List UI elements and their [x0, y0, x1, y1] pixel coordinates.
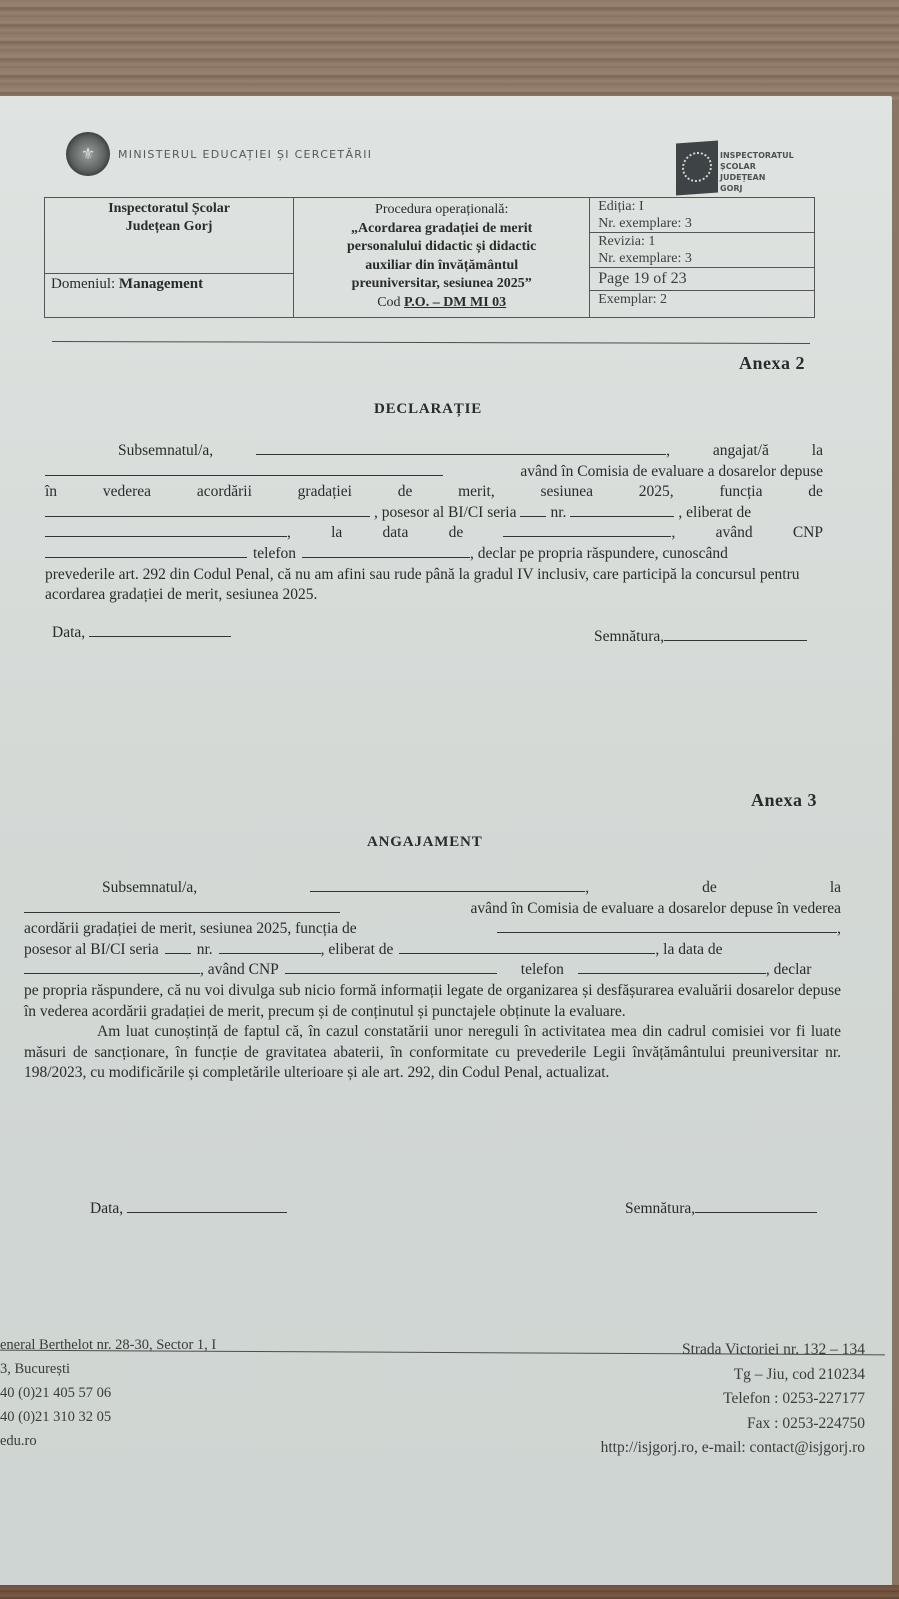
word: având [716, 523, 753, 544]
page-number: Page 19 of 23 [590, 268, 814, 291]
contact-link[interactable]: http://isjgorj.ro, e-mail: contact@isjgo… [601, 1436, 865, 1461]
edition-cell: Ediția: I Nr. exemplare: 3 Revizia: 1 Nr… [590, 198, 815, 318]
text-angajat: angajat/ă [713, 441, 769, 462]
annex2-title: DECLARAȚIE [374, 401, 482, 418]
procedure-title-line: preuniversitar, sesiunea 2025” [300, 275, 583, 294]
text-declar: , declar [766, 960, 812, 981]
word: acordării [197, 482, 252, 503]
institution-name: Inspectoratul Școlar [51, 200, 287, 218]
procedure-cell: Procedura operațională: „Acordarea grada… [294, 198, 590, 318]
text-subsemnatul: Subsemnatul/a, [102, 878, 197, 899]
text-eliberat: , eliberat de [321, 940, 394, 961]
date-field[interactable] [127, 1200, 287, 1213]
word: sesiunea [540, 482, 593, 503]
signature-label: Semnătura, [594, 628, 664, 645]
text-de: de [702, 878, 717, 899]
text-declar: , declar pe propria răspundere, cunoscân… [470, 544, 728, 565]
word: CNP [793, 523, 823, 544]
phone-line: Telefon : 0253-227177 [601, 1387, 865, 1412]
comma: , [837, 919, 841, 940]
signature-label: Semnătura, [625, 1200, 695, 1217]
domain-label: Domeniul: [51, 276, 119, 292]
procedure-code: Cod P.O. – DM MI 03 [300, 294, 583, 313]
word: la [331, 523, 342, 544]
text-committee: având în Comisia de evaluare a dosarelor… [520, 462, 823, 483]
date-field[interactable] [89, 624, 231, 637]
word: 2025, [639, 482, 674, 503]
website-line: edu.ro [0, 1429, 216, 1453]
domain-value: Management [119, 276, 203, 292]
annex3-signature: Semnătura, [625, 1200, 817, 1218]
edition-copies: Nr. exemplare: 3 [590, 215, 814, 233]
isj-logo: INSPECTORATUL ȘCOLAR JUDEȚEAN GORJ [666, 128, 826, 200]
issued-by-field[interactable] [45, 524, 287, 537]
institution-field[interactable] [45, 463, 443, 476]
wooden-surface-top [0, 0, 899, 100]
comma: , [585, 878, 589, 899]
fax-line: 40 (0)21 310 32 05 [0, 1405, 216, 1429]
word: merit, [458, 482, 495, 503]
edition: Ediția: I [590, 198, 814, 215]
commitment-form: Subsemnatul/a, , de la având în Comisia … [24, 878, 841, 1084]
annex3-title: ANGAJAMENT [367, 834, 483, 851]
annex3-date: Data, [90, 1200, 287, 1218]
text-la: la [812, 441, 823, 462]
ministry-address: eneral Berthelot nr. 28-30, Sector 1, I … [0, 1333, 216, 1453]
commitment-body: pe propria răspundere, că nu voi divulga… [24, 981, 841, 1022]
isj-logo-line: GORJ [720, 183, 794, 194]
text-cnp: , având CNP [200, 960, 279, 981]
romania-coat-of-arms-icon: ⚜ [66, 132, 110, 176]
isj-logo-line: ȘCOLAR [720, 161, 794, 172]
commitment-sanctions: Am luat cunoștință de faptul că, în cazu… [24, 1022, 841, 1084]
isj-logo-line: JUDEȚEAN [720, 172, 794, 183]
issue-date-field[interactable] [24, 961, 200, 974]
text-posesor: , posesor al BI/CI seria [374, 503, 516, 524]
signature-field[interactable] [695, 1200, 817, 1213]
procedure-header-table: Inspectoratul Școlar Județean Gorj Proce… [44, 197, 815, 318]
address-line: Strada Victoriei nr. 132 – 134 [601, 1338, 865, 1363]
address-line: 3, București [0, 1357, 216, 1381]
name-field[interactable] [256, 442, 666, 455]
isj-logo-line: INSPECTORATUL [720, 150, 794, 161]
copy-number: Exemplar: 2 [590, 291, 814, 308]
text-function: acordării gradației de merit, sesiunea 2… [24, 919, 357, 940]
id-number-field[interactable] [219, 941, 321, 954]
institution-county: Județean Gorj [51, 218, 287, 236]
word: gradației [298, 482, 352, 503]
id-number-field[interactable] [570, 504, 674, 517]
word: de [449, 523, 464, 544]
name-field[interactable] [310, 879, 585, 892]
revision-copies: Nr. exemplare: 3 [590, 250, 814, 268]
issue-date-field[interactable] [503, 524, 671, 537]
institution-cell: Inspectoratul Școlar Județean Gorj [45, 198, 294, 274]
word: vederea [103, 482, 151, 503]
declaration-body: prevederile art. 292 din Codul Penal, că… [45, 565, 823, 606]
isj-address: Strada Victoriei nr. 132 – 134 Tg – Jiu,… [601, 1338, 865, 1461]
text-telefon: telefon [253, 544, 296, 565]
comma: , [671, 523, 675, 544]
text-nr: nr. [197, 940, 213, 961]
text-posesor: posesor al BI/CI seria [24, 940, 159, 961]
signature-field[interactable] [664, 628, 807, 641]
phone-line: 40 (0)21 405 57 06 [0, 1381, 216, 1405]
procedure-title-line: „Acordarea gradației de merit [300, 220, 583, 239]
code-value: P.O. – DM MI 03 [404, 295, 506, 310]
text-la: la [830, 878, 841, 899]
id-series-field[interactable] [520, 504, 546, 517]
function-field[interactable] [45, 504, 370, 517]
domain-cell: Domeniul: Management [45, 274, 294, 318]
annex3-label: Anexa 3 [751, 790, 817, 811]
procedure-title-line: personalului didactic și didactic [300, 238, 583, 257]
word: de [808, 482, 823, 503]
annex2-signature: Semnătura, [594, 628, 807, 646]
text-committee: având în Comisia de evaluare a dosarelor… [470, 899, 841, 920]
date-label: Data, [90, 1200, 123, 1217]
declaration-form: Subsemnatul/a, , angajat/ă la având în C… [45, 441, 823, 606]
text-eliberat: , eliberat de [678, 503, 751, 524]
revision: Revizia: 1 [590, 233, 814, 250]
comma: , [287, 523, 291, 544]
cnp-field[interactable] [285, 961, 497, 974]
procedure-title-line: auxiliar din învățământul [300, 257, 583, 276]
eu-flag-icon [676, 141, 718, 196]
ministry-name: MINISTERUL EDUCAȚIEI ȘI CERCETĂRII [118, 148, 372, 161]
text-telefon: telefon [521, 960, 564, 981]
procedure-label: Procedura operațională: [300, 201, 583, 220]
word: în [45, 482, 57, 503]
cnp-field[interactable] [45, 545, 247, 558]
function-field[interactable] [497, 920, 837, 933]
ministry-header: ⚜ MINISTERUL EDUCAȚIEI ȘI CERCETĂRII [66, 132, 372, 176]
address-line: eneral Berthelot nr. 28-30, Sector 1, I [0, 1333, 216, 1357]
phone-field[interactable] [302, 545, 470, 558]
institution-field[interactable] [24, 900, 340, 913]
id-series-field[interactable] [165, 941, 191, 954]
word: de [398, 482, 413, 503]
text-la-data: , la data de [655, 940, 722, 961]
text-subsemnatul: Subsemnatul/a, [118, 441, 213, 462]
code-label: Cod [377, 295, 404, 310]
text-nr: nr. [550, 503, 566, 524]
annex2-date: Data, [52, 624, 231, 642]
word: data [383, 523, 409, 544]
wooden-surface-bottom [0, 1585, 899, 1599]
date-label: Data, [52, 624, 85, 641]
phone-field[interactable] [578, 961, 766, 974]
annex2-label: Anexa 2 [739, 353, 805, 374]
comma: , [666, 441, 670, 462]
city-line: Tg – Jiu, cod 210234 [601, 1363, 865, 1388]
fax-line: Fax : 0253-224750 [601, 1412, 865, 1437]
issued-by-field[interactable] [399, 941, 655, 954]
word: funcția [719, 482, 762, 503]
